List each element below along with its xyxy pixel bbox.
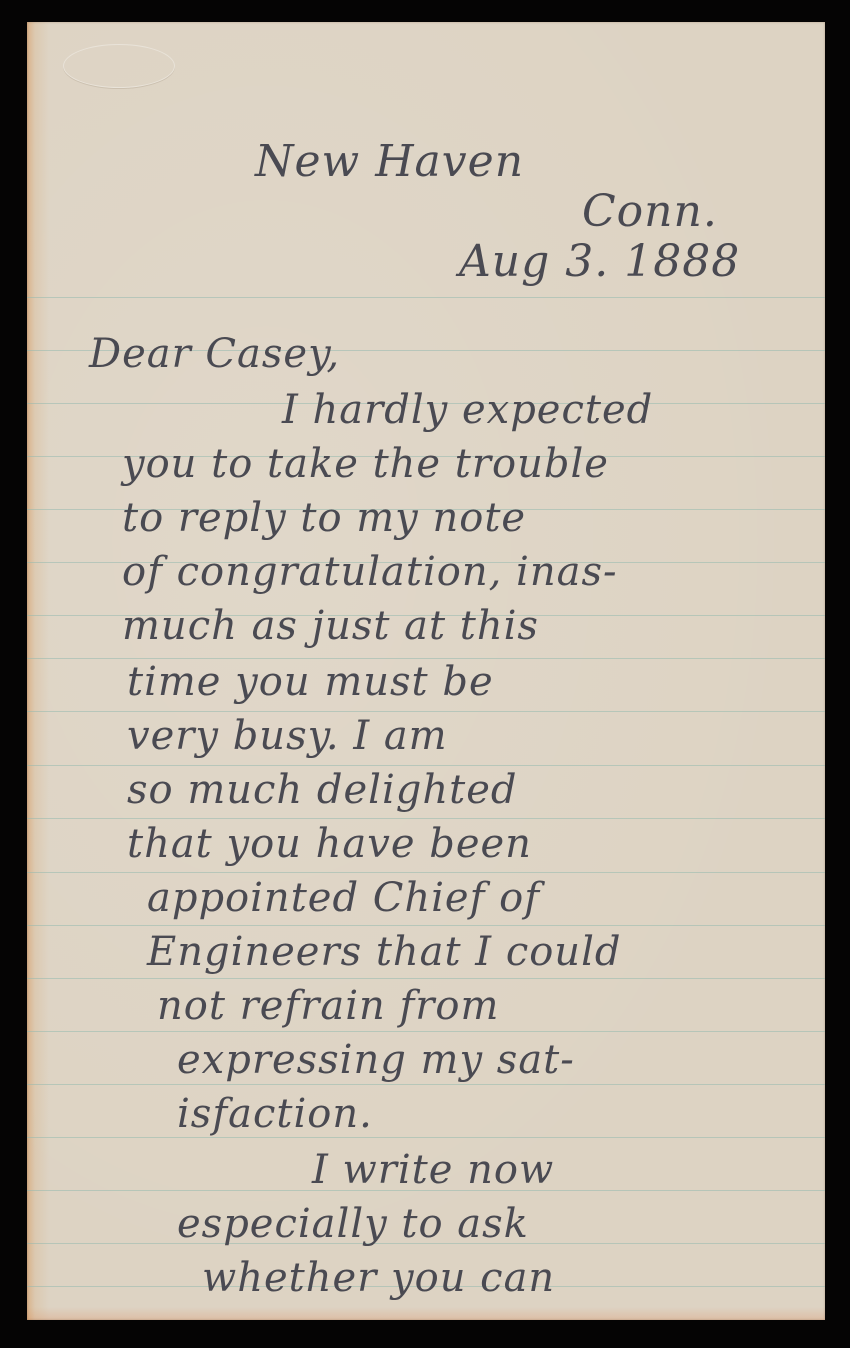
ruled-line [27,711,825,712]
ruled-line [27,1084,825,1085]
letter-paper: New Haven Conn. Aug 3. 1888 Dear Casey, … [27,22,825,1320]
body-line: I write now [312,1150,554,1190]
ruled-line [27,925,825,926]
place-line-2: Conn. [582,190,718,234]
date-line: Aug 3. 1888 [459,240,740,284]
body-line: I hardly expected [282,390,653,430]
body-line: so much delighted [127,770,517,810]
body-line: to reply to my note [122,498,526,538]
body-line: isfaction. [177,1094,373,1134]
body-line: much as just at this [122,606,539,646]
ruled-line [27,818,825,819]
body-line: that you have been [127,824,532,864]
body-line: whether you can [202,1258,555,1298]
body-line: time you must be [127,662,494,702]
ruled-line [27,297,825,298]
embossed-stamp-icon [63,44,175,88]
ruled-line [27,978,825,979]
ruled-line [27,1137,825,1138]
body-line: especially to ask [177,1204,529,1244]
salutation: Dear Casey, [89,334,340,374]
place-line-1: New Haven [255,140,524,184]
ruled-line [27,872,825,873]
body-line: very busy. I am [127,716,448,756]
ruled-line [27,1031,825,1032]
body-line: not refrain from [157,986,499,1026]
body-line: of congratulation, inas- [122,552,617,592]
body-line: appointed Chief of [147,878,540,918]
body-line: Engineers that I could [147,932,621,972]
body-line: expressing my sat- [177,1040,575,1080]
body-line: you to take the trouble [122,444,609,484]
ruled-line [27,765,825,766]
